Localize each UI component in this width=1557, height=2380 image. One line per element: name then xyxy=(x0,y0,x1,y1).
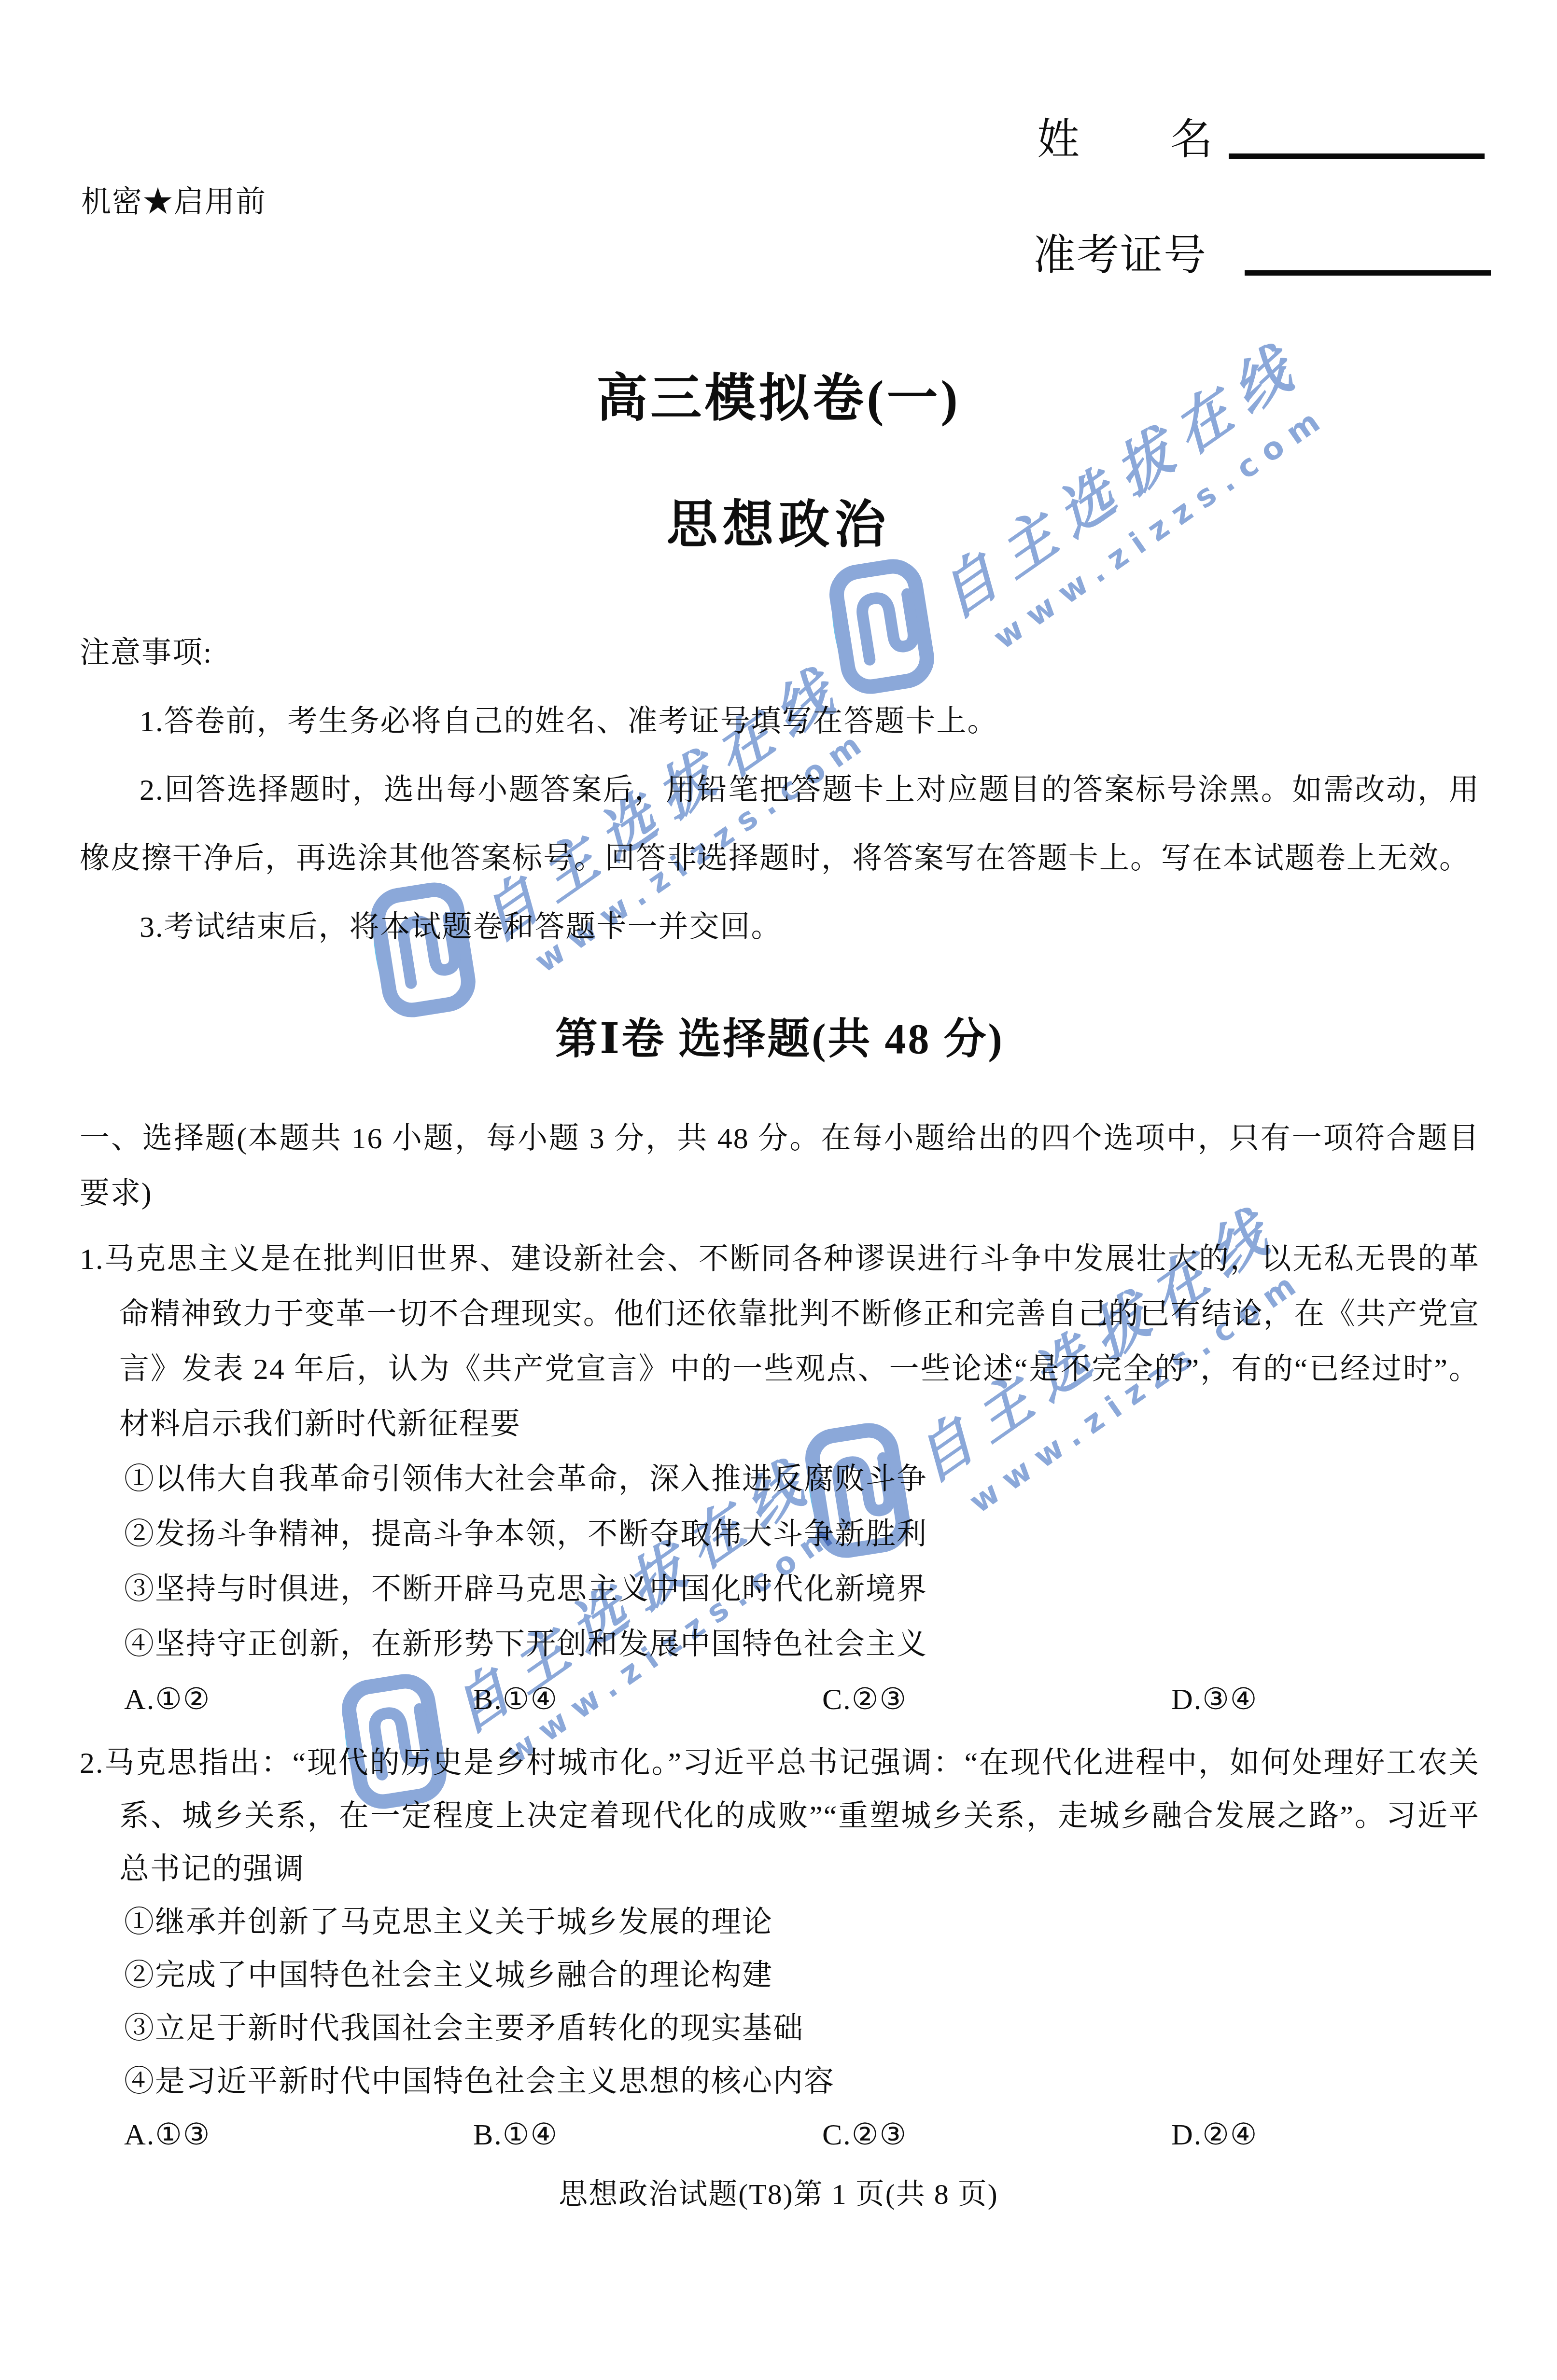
option-item: ④坚持守正创新，在新形势下开创和发展中国特色社会主义 xyxy=(124,1617,1480,1672)
choice-item: D.②④ xyxy=(1171,2108,1258,2161)
exam-subject: 思想政治 xyxy=(0,484,1557,557)
notes-heading: 注意事项: xyxy=(80,619,1480,687)
option-item: ②发扬斗争精神，提高斗争本领，不断夺取伟大斗争新胜利 xyxy=(124,1507,1480,1562)
question-number: 2. xyxy=(80,1747,104,1780)
choice-item: B.①④ xyxy=(473,1672,822,1727)
question-number: 1. xyxy=(80,1243,104,1276)
confidential-notice: 机密★启用前 xyxy=(81,178,267,221)
option-item: ③立足于新时代我国社会主要矛盾转化的现实基础 xyxy=(124,2002,1480,2055)
section-title: 第Ⅰ卷 选择题(共 48 分) xyxy=(80,1010,1480,1070)
note-item: 2.回答选择题时，选出每小题答案后，用铅笔把答题卡上对应题目的答案标号涂黑。如需… xyxy=(80,756,1480,893)
option-list: ①继承并创新了马克思主义关于城乡发展的理论 ②完成了中国特色社会主义城乡融合的理… xyxy=(124,1896,1480,2108)
choice-item: D.③④ xyxy=(1171,1672,1258,1727)
option-item: ①以伟大自我革命引领伟大社会革命，深入推进反腐败斗争 xyxy=(124,1452,1480,1507)
watermark-text: 自主选拔在线 www.zizzs.com xyxy=(920,288,1387,668)
note-item: 3.考试结束后，将本试题卷和答题卡一并交回。 xyxy=(80,893,1480,961)
question-stem: 1.马克思主义是在批判旧世界、建设新社会、不断同各种谬误进行斗争中发展壮大的，以… xyxy=(80,1232,1480,1452)
notes-section: 注意事项: 1.答卷前，考生务必将自己的姓名、准考证号填写在答题卡上。 2.回答… xyxy=(80,619,1480,961)
question-stem-text: 马克思指出：“现代的历史是乡村城市化。”习近平总书记强调：“在现代化进程中，如何… xyxy=(104,1747,1480,1886)
choice-item: A.①③ xyxy=(124,2108,473,2161)
question-stem: 2.马克思指出：“现代的历史是乡村城市化。”习近平总书记强调：“在现代化进程中，… xyxy=(80,1737,1480,1896)
exam-no-label: 准考证号 xyxy=(1033,221,1207,282)
choice-item: C.②③ xyxy=(822,2108,1171,2161)
note-item: 1.答卷前，考生务必将自己的姓名、准考证号填写在答题卡上。 xyxy=(80,687,1480,756)
question-stem-text: 马克思主义是在批判旧世界、建设新社会、不断同各种谬误进行斗争中发展壮大的，以无私… xyxy=(104,1243,1480,1441)
choice-row: A.①③ B.①④ C.②③ D.②④ xyxy=(124,2108,1480,2161)
page-footer: 思想政治试题(T8)第 1 页(共 8 页) xyxy=(0,2171,1557,2213)
exam-no-underline xyxy=(1245,270,1491,276)
name-underline xyxy=(1229,153,1485,159)
name-label: 姓 名 xyxy=(1037,105,1215,166)
choice-item: B.①④ xyxy=(473,2108,822,2161)
option-item: ④是习近平新时代中国特色社会主义思想的核心内容 xyxy=(124,2055,1480,2108)
option-item: ①继承并创新了马克思主义关于城乡发展的理论 xyxy=(124,1896,1480,1949)
choice-item: C.②③ xyxy=(822,1672,1171,1727)
choice-row: A.①② B.①④ C.②③ D.③④ xyxy=(124,1672,1480,1727)
exam-title: 高三模拟卷(一) xyxy=(0,357,1557,431)
question-1: 1.马克思主义是在批判旧世界、建设新社会、不断同各种谬误进行斗争中发展壮大的，以… xyxy=(80,1232,1480,1727)
option-item: ③坚持与时俱进，不断开辟马克思主义中国化时代化新境界 xyxy=(124,1562,1480,1617)
option-item: ②完成了中国特色社会主义城乡融合的理论构建 xyxy=(124,1949,1480,2002)
main-content: 第Ⅰ卷 选择题(共 48 分) 一、选择题(本题共 16 小题，每小题 3 分，… xyxy=(80,1010,1480,2161)
choice-item: A.①② xyxy=(124,1672,473,1727)
section-instruction: 一、选择题(本题共 16 小题，每小题 3 分，共 48 分。在每小题给出的四个… xyxy=(80,1111,1480,1221)
watermark-brand-text: 自主选拔在线 xyxy=(923,285,1359,634)
option-list: ①以伟大自我革命引领伟大社会革命，深入推进反腐败斗争 ②发扬斗争精神，提高斗争本… xyxy=(124,1452,1480,1672)
question-2: 2.马克思指出：“现代的历史是乡村城市化。”习近平总书记强调：“在现代化进程中，… xyxy=(80,1737,1480,2161)
